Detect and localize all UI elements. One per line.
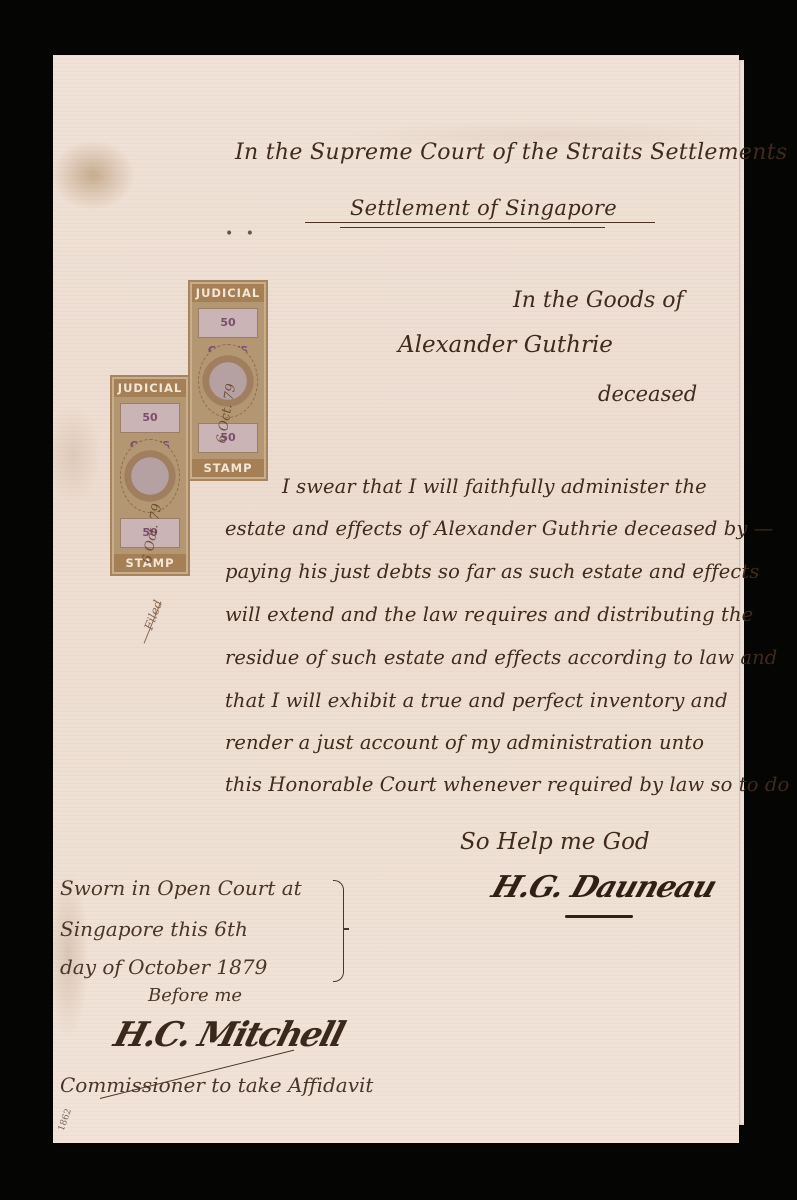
deponent-signature: H.G. Dauneau: [487, 870, 720, 905]
jurat-brace: [333, 880, 344, 982]
goods-of-label: In the Goods of: [513, 288, 684, 313]
jurat-line: Singapore this 6th: [60, 917, 248, 941]
heading-rule: [305, 222, 655, 223]
stamp-value: 50 CENTS: [198, 308, 258, 338]
jurat-line: day of October 1879: [60, 955, 267, 979]
heading-underline: [340, 227, 605, 228]
oath-line: I swear that I will faithfully administe…: [282, 475, 707, 498]
stamp-value: 50 CENTS: [120, 403, 180, 433]
oath-line: paying his just debts so far as such est…: [225, 560, 759, 583]
margin-marks: • •: [225, 226, 258, 242]
oath-line: that I will exhibit a true and perfect i…: [225, 689, 728, 712]
deceased-label: deceased: [598, 382, 697, 406]
settlement-heading: Settlement of Singapore: [350, 196, 617, 220]
jurat-line: Sworn in Open Court at: [60, 876, 302, 900]
stamp-top-label: JUDICIAL: [114, 379, 186, 397]
oath-line: residue of such estate and effects accor…: [225, 646, 777, 669]
oath-line: will extend and the law requires and dis…: [225, 603, 753, 626]
jurat-brace-tip: [343, 928, 349, 930]
jurat-line: Before me: [148, 985, 242, 1006]
oath-line: render a just account of my administrati…: [225, 731, 704, 754]
commissioner-signature: H.C. Mitchell: [110, 1015, 348, 1055]
commissioner-title: Commissioner to take Affidavit: [60, 1073, 373, 1097]
stamp-bottom-label: STAMP: [192, 459, 264, 477]
signature-underline: [565, 915, 633, 918]
closing-phrase: So Help me God: [460, 829, 650, 855]
judicial-stamp: JUDICIAL 50 CENTS 50 CENTS STAMP 6 Oct. …: [110, 375, 190, 576]
oath-line: estate and effects of Alexander Guthrie …: [225, 517, 773, 540]
oath-line: this Honorable Court whenever required b…: [225, 773, 789, 796]
court-heading: In the Supreme Court of the Straits Sett…: [235, 140, 787, 165]
judicial-stamp: JUDICIAL 50 CENTS 50 CENTS STAMP 6 Oct. …: [188, 280, 268, 481]
deceased-name: Alexander Guthrie: [398, 332, 613, 358]
stamp-top-label: JUDICIAL: [192, 284, 264, 302]
